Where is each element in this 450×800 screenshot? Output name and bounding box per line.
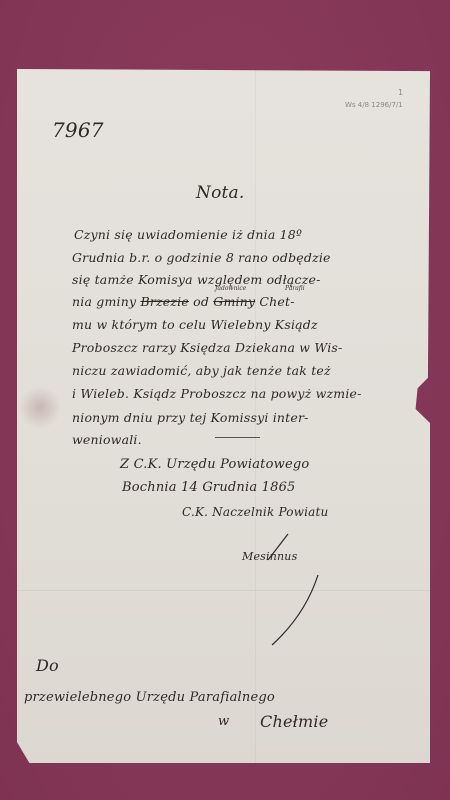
interlinear-insert-1: Jadownice [215,285,246,292]
place-and-date: Bochnia 14 Grudnia 1865 [122,480,296,495]
body-line-4-word: od [193,294,209,309]
stain-mark [20,385,60,430]
archive-stamp: Ws 4/8 1296/7/1 [345,101,403,109]
body-line-4: nia gminy Brzezie od Gminy Chet- [72,294,295,309]
body-line-10: weniowali. [72,432,142,447]
address-to: Do [36,656,59,675]
body-line-9: nionym dniu przy tej Komissyi inter- [72,410,309,425]
struck-word-2: Gminy [213,294,255,309]
body-line-4-start: nia gminy [72,294,136,309]
body-line-3: się tamże Komisya względem odłącze- [72,272,321,287]
signature-flourish-icon [250,530,325,650]
body-line-4-end: Chet- [259,294,294,309]
body-line-1: Czyni się uwiadomienie iż dnia 18º [74,227,302,242]
fold-line-horizontal [17,590,430,591]
address-place: Chełmie [260,712,328,731]
body-line-8: i Wieleb. Ksiądz Proboszcz na powyż wzmi… [72,386,362,401]
body-line-5: mu w którym to celu Wielebny Ksiądz [72,317,318,332]
text-separator [215,437,260,438]
document-title: Nota. [196,183,244,203]
address-recipient: przewielebnego Urzędu Parafialnego [24,690,275,705]
official-title: C.K. Naczelnik Powiatu [182,505,328,519]
interlinear-insert-2: Parafii [285,285,305,292]
body-line-2: Grudnia b.r. o godzinie 8 rano odbędzie [72,250,331,265]
issuing-office: Z C.K. Urzędu Powiatowego [120,457,309,472]
archive-stamp-mark: 1 [398,88,403,97]
body-line-6: Proboszcz rarzy Księdza Dziekana w Wis- [72,340,342,355]
struck-word-1: Brzezie [140,294,189,309]
address-preposition: w [218,714,229,729]
body-line-7: niczu zawiadomić, aby jak tenże tak też [72,363,331,378]
reference-number: 7967 [52,118,104,142]
